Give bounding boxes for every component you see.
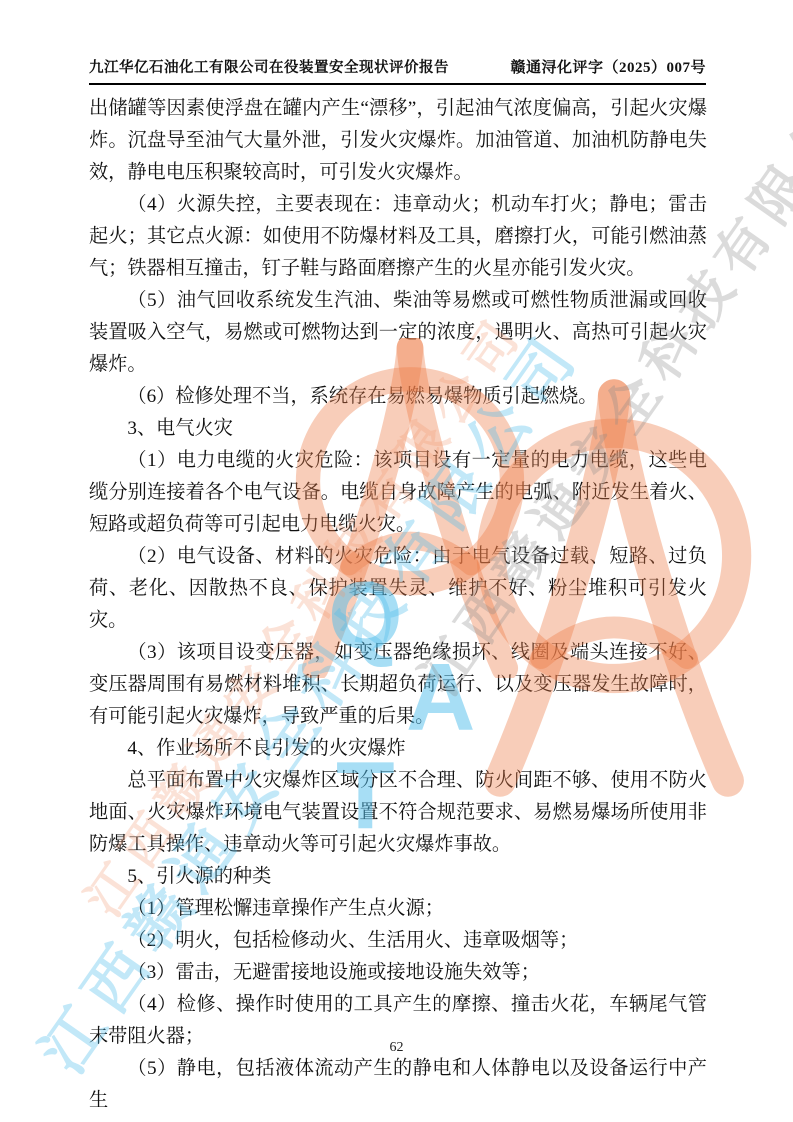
list-item: （1）管理松懈违章操作产生点火源； xyxy=(89,893,707,925)
section-heading: 3、电气火灾 xyxy=(89,413,707,445)
list-item: （5）静电，包括液体流动产生的静电和人体静电以及设备运行中产生 xyxy=(89,1053,707,1117)
page-header: 九江华亿石油化工有限公司在役装置安全现状评价报告 赣通浔化评字（2025）007… xyxy=(89,56,706,85)
paragraph: （1）电力电缆的火灾危险：该项目设有一定量的电力电缆，这些电缆分别连接着各个电气… xyxy=(89,445,707,541)
list-item: （3）雷击，无避雷接地设施或接地设施失效等； xyxy=(89,957,707,989)
section-heading: 5、引火源的种类 xyxy=(89,861,707,893)
list-item: （4）检修、操作时使用的工具产生的摩擦、撞击火花，车辆尾气管未带阻火器； xyxy=(89,989,707,1053)
paragraph: （3）该项目设变压器，如变压器绝缘损坏、线圈及端头连接不好、变压器周围有易燃材料… xyxy=(89,637,707,733)
header-report-title: 九江华亿石油化工有限公司在役装置安全现状评价报告 xyxy=(89,56,449,77)
document-body: 出储罐等因素使浮盘在罐内产生“漂移”，引起油气浓度偏高，引起火灾爆炸。沉盘导至油… xyxy=(89,93,707,1117)
paragraph: （6）检修处理不当，系统存在易燃易爆物质引起燃烧。 xyxy=(89,381,707,413)
header-document-number: 赣通浔化评字（2025）007号 xyxy=(510,56,706,77)
paragraph: 出储罐等因素使浮盘在罐内产生“漂移”，引起油气浓度偏高，引起火灾爆炸。沉盘导至油… xyxy=(89,93,707,189)
list-item: （2）明火，包括检修动火、生活用火、违章吸烟等； xyxy=(89,925,707,957)
paragraph: （4）火源失控，主要表现在：违章动火；机动车打火；静电；雷击起火；其它点火源：如… xyxy=(89,189,707,285)
paragraph: （2）电气设备、材料的火灾危险：由于电气设备过载、短路、过负荷、老化、因散热不良… xyxy=(89,541,707,637)
section-heading: 4、作业场所不良引发的火灾爆炸 xyxy=(89,733,707,765)
paragraph: （5）油气回收系统发生汽油、柴油等易燃或可燃性物质泄漏或回收装置吸入空气，易燃或… xyxy=(89,285,707,381)
paragraph: 总平面布置中火灾爆炸区域分区不合理、防火间距不够、使用不防火地面、火灾爆炸环境电… xyxy=(89,765,707,861)
